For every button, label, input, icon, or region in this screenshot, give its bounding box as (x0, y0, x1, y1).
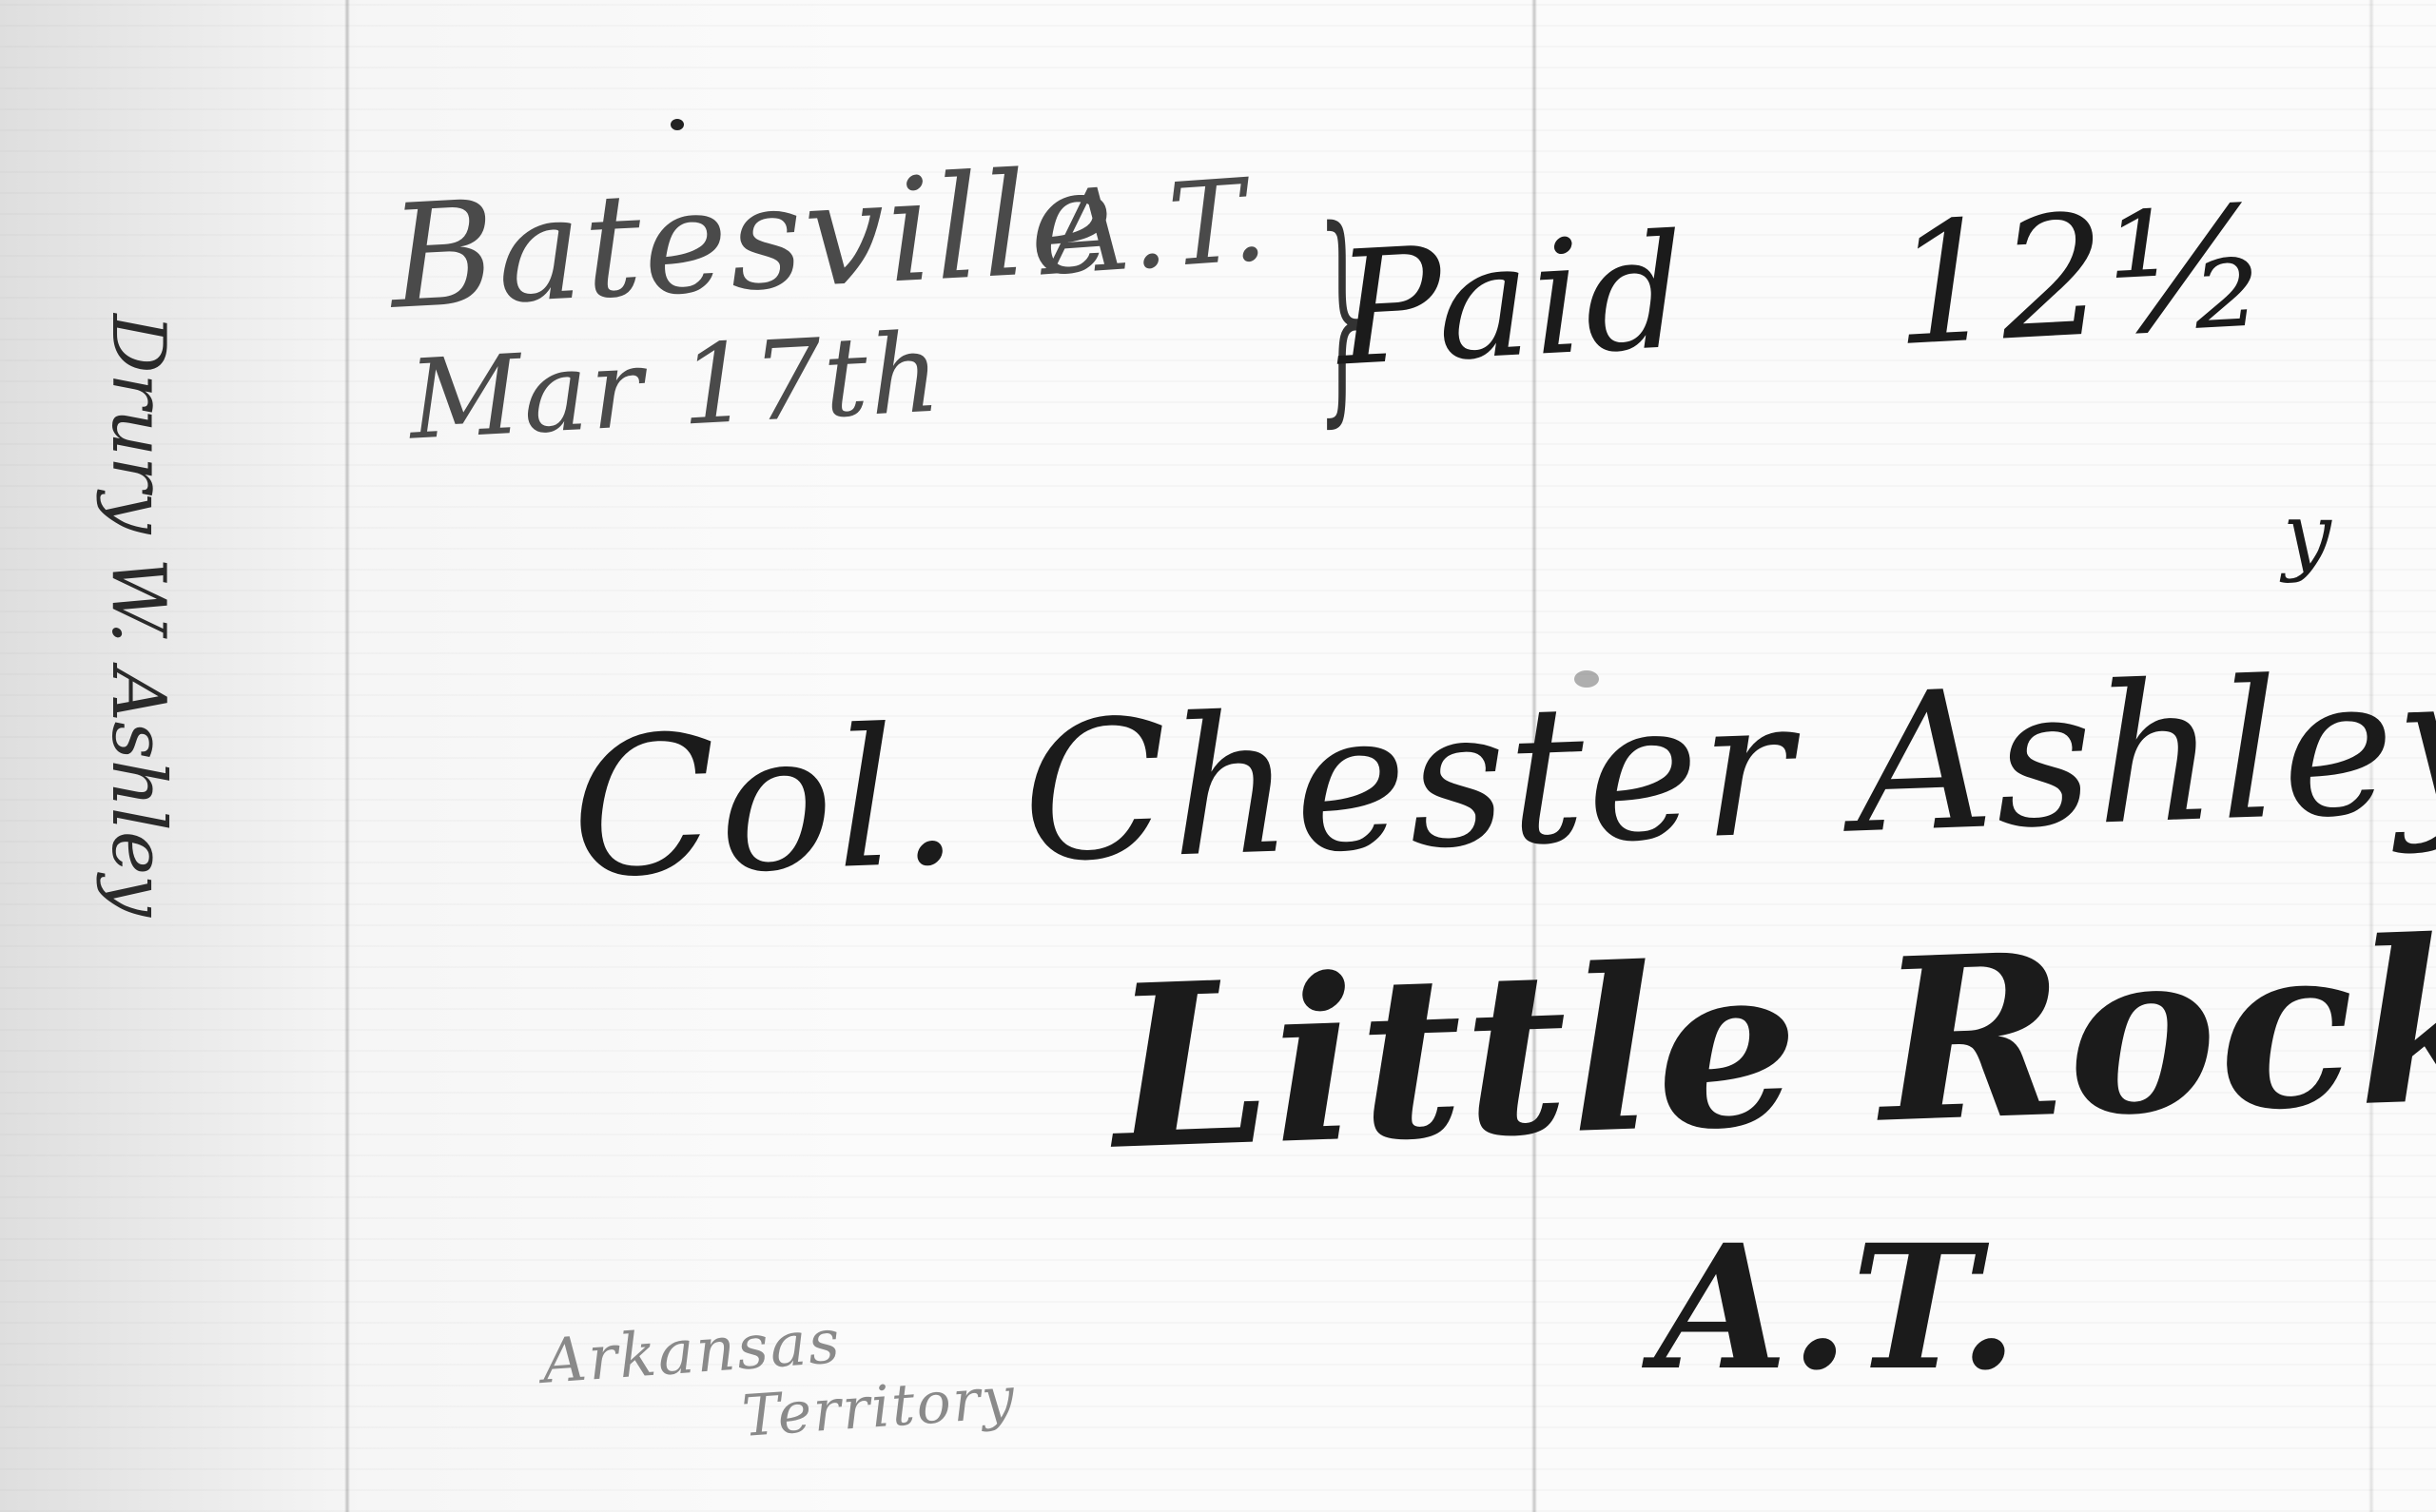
address-territory: A.T. (1655, 1208, 2020, 1408)
fold-line-left (344, 0, 350, 1512)
postmark-town: Batesville (386, 138, 1120, 341)
docket-note-vertical: Drury W. Ashley (95, 314, 181, 917)
address-city: Little Rock (1109, 888, 2436, 1199)
rate-paid-marking: Paid (1332, 200, 1691, 400)
rate-check-mark: y (2283, 485, 2333, 585)
ink-blot (671, 119, 684, 130)
postmark-date: Mar 17th (406, 309, 945, 464)
rate-amount: 12½ (1888, 171, 2276, 384)
letter-cover: Batesville A.T. Mar 17th } Paid 12½ y Co… (0, 0, 2436, 1512)
postmark-state: A.T. (1042, 154, 1272, 301)
ink-smudge (1574, 670, 1599, 688)
addressee-name: Col. Chester Ashley (568, 632, 2436, 921)
